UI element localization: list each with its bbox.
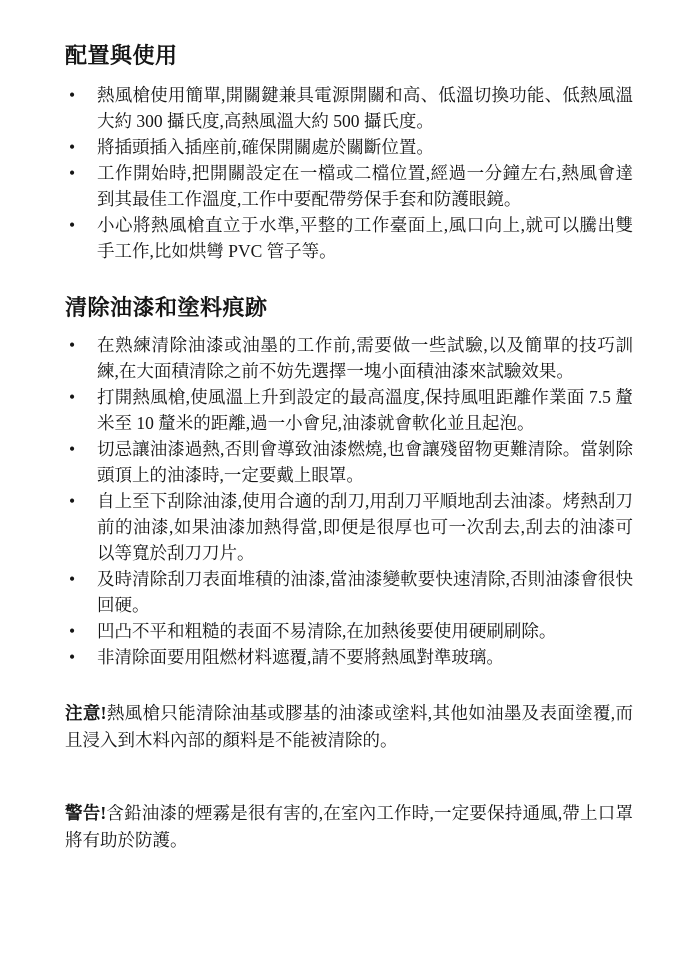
notice-text: 熱風槍只能清除油基或膠基的油漆或塗料,其他如油墨及表面塗覆,而且浸入到木料內部的… xyxy=(65,703,633,750)
list-item: 打開熱風槍,使風溫上升到設定的最高溫度,保持風咀距離作業面 7.5 釐米至 10… xyxy=(65,384,633,436)
list-item: 將插頭插入插座前,確保開關處於關斷位置。 xyxy=(65,134,633,160)
warning-paragraph: 警告!含鉛油漆的煙霧是很有害的,在室內工作時,一定要保持通風,帶上口罩將有助於防… xyxy=(65,800,633,854)
list-item: 及時清除刮刀表面堆積的油漆,當油漆變軟要快速清除,否則油漆會很快回硬。 xyxy=(65,566,633,618)
list-item: 熱風槍使用簡單,開關鍵兼具電源開關和高、低溫切換功能、低熱風溫大約 300 攝氏… xyxy=(65,82,633,134)
notice-paragraph: 注意!熱風槍只能清除油基或膠基的油漆或塗料,其他如油墨及表面塗覆,而且浸入到木料… xyxy=(65,700,633,754)
notice-label: 注意! xyxy=(65,703,107,723)
list-item: 自上至下刮除油漆,使用合適的刮刀,用刮刀平順地刮去油漆。烤熱刮刀前的油漆,如果油… xyxy=(65,488,633,566)
list-item: 切忌讓油漆過熱,否則會導致油漆燃燒,也會讓殘留物更難清除。當剝除頭頂上的油漆時,… xyxy=(65,436,633,488)
list-item: 工作開始時,把開關設定在一檔或二檔位置,經過一分鐘左右,熱風會達到其最佳工作溫度… xyxy=(65,160,633,212)
warning-text: 含鉛油漆的煙霧是很有害的,在室內工作時,一定要保持通風,帶上口罩將有助於防護。 xyxy=(65,803,633,850)
list-item: 在熟練清除油漆或油墨的工作前,需要做一些試驗,以及簡單的技巧訓練,在大面積清除之… xyxy=(65,332,633,384)
warning-label: 警告! xyxy=(65,803,106,823)
bullet-list-setup: 熱風槍使用簡單,開關鍵兼具電源開關和高、低溫切換功能、低熱風溫大約 300 攝氏… xyxy=(65,82,633,264)
section-title-setup-and-use: 配置與使用 xyxy=(65,42,633,70)
document-page: 配置與使用 熱風槍使用簡單,開關鍵兼具電源開關和高、低溫切換功能、低熱風溫大約 … xyxy=(0,0,677,954)
section-title-paint-removal: 清除油漆和塗料痕跡 xyxy=(65,294,633,322)
list-item: 小心將熱風槍直立于水準,平整的工作臺面上,風口向上,就可以騰出雙手工作,比如烘彎… xyxy=(65,212,633,264)
bullet-list-paint-removal: 在熟練清除油漆或油墨的工作前,需要做一些試驗,以及簡單的技巧訓練,在大面積清除之… xyxy=(65,332,633,670)
list-item: 非清除面要用阻燃材料遮覆,請不要將熱風對準玻璃。 xyxy=(65,644,633,670)
list-item: 凹凸不平和粗糙的表面不易清除,在加熱後要使用硬刷刷除。 xyxy=(65,618,633,644)
